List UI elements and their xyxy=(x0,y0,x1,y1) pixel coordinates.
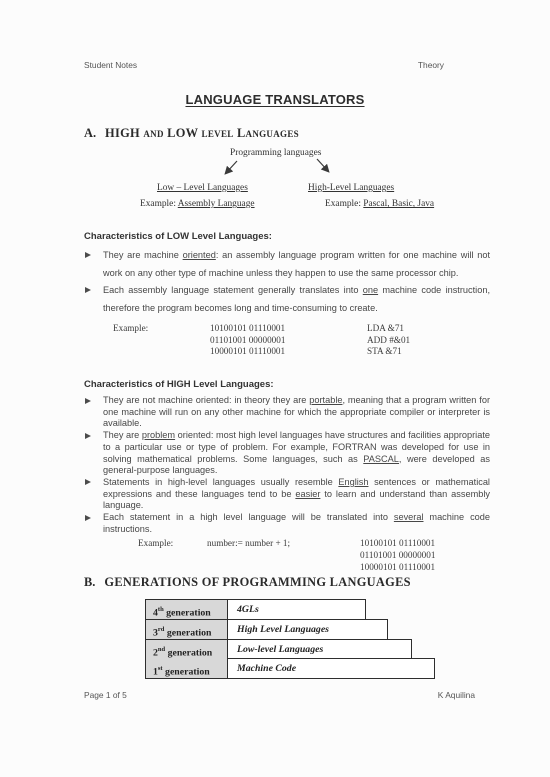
header-right-text: Theory xyxy=(418,60,444,70)
machine-code-value: 10000101 01110001 xyxy=(360,562,490,574)
list-item: Each assembly language statement general… xyxy=(84,282,490,317)
table-row: 2nd generation Low-level Languages xyxy=(145,639,412,660)
footer-page-number: Page 1 of 5 xyxy=(84,690,127,700)
generation-value: High Level Languages xyxy=(228,620,329,639)
code-example-row: 10000101 01110001 xyxy=(84,562,490,574)
bullet-text: They are problem oriented: most high lev… xyxy=(103,430,490,475)
list-item: They are machine oriented: an assembly l… xyxy=(84,247,490,282)
low-level-code-example: Example: 10100101 01110001 LDA &71 01101… xyxy=(84,323,490,358)
arrow-down-right-icon xyxy=(314,157,336,177)
generation-label: 2nd generation xyxy=(146,640,228,659)
diagram-root-label: Programming languages xyxy=(230,148,321,158)
page-footer: Page 1 of 5 K Aquilina xyxy=(84,690,475,700)
section-b-heading: B.GENERATIONS OF PROGRAMMING LANGUAGES xyxy=(84,575,411,590)
list-item: They are not machine oriented: in theory… xyxy=(84,395,490,430)
section-b-prefix: B. xyxy=(84,575,95,590)
list-item: They are problem oriented: most high lev… xyxy=(84,430,490,477)
bullet-text: Each assembly language statement general… xyxy=(103,285,490,313)
high-characteristics-heading: Characteristics of HIGH Level Languages: xyxy=(84,379,490,390)
table-row: 4th generation 4GLs xyxy=(145,599,366,620)
machine-code-value: 10000101 01110001 xyxy=(210,346,367,358)
low-characteristics-heading: Characteristics of LOW Level Languages: xyxy=(84,231,490,242)
list-item: Statements in high-level languages usual… xyxy=(84,477,490,512)
code-example-row: Example: number:= number + 1; 10100101 0… xyxy=(84,538,490,550)
code-example-row: 01101001 00000001 ADD #&01 xyxy=(84,335,490,347)
generation-value: 4GLs xyxy=(228,600,259,619)
footer-author: K Aquilina xyxy=(438,690,475,700)
example-label: Example: xyxy=(325,199,363,209)
high-level-example-value: Pascal, Basic, Java xyxy=(363,199,434,209)
code-example-row: Example: 10100101 01110001 LDA &71 xyxy=(84,323,490,335)
generation-value: Machine Code xyxy=(228,659,296,678)
table-row: 3rd generation High Level Languages xyxy=(145,619,388,640)
high-level-code-example: Example: number:= number + 1; 10100101 0… xyxy=(84,538,490,573)
high-characteristics-list: They are not machine oriented: in theory… xyxy=(84,395,490,535)
generation-value: Low-level Languages xyxy=(228,640,323,659)
low-level-characteristics-section: Characteristics of LOW Level Languages: … xyxy=(84,231,490,358)
high-level-example-line: Example: Pascal, Basic, Java xyxy=(325,199,434,209)
low-level-example-value: Assembly Language xyxy=(178,199,255,209)
code-example-row: 10000101 01110001 STA &71 xyxy=(84,346,490,358)
page-header: Student Notes Theory xyxy=(84,60,444,70)
arrow-down-left-icon xyxy=(220,159,240,179)
bullet-text: They are machine oriented: an assembly l… xyxy=(103,250,490,278)
bullet-arrow-icon xyxy=(85,433,91,439)
machine-code-value: 10100101 01110001 xyxy=(360,538,490,550)
bullet-arrow-icon xyxy=(85,252,91,258)
header-left-text: Student Notes xyxy=(84,60,137,70)
assembly-value: STA &71 xyxy=(367,346,490,358)
example-label: Example: xyxy=(138,538,207,550)
high-level-characteristics-section: Characteristics of HIGH Level Languages:… xyxy=(84,379,490,573)
bullet-text: They are not machine oriented: in theory… xyxy=(103,395,490,428)
low-characteristics-list: They are machine oriented: an assembly l… xyxy=(84,247,490,317)
section-a-heading: A.HIGH and LOW level Languages xyxy=(84,126,299,141)
generation-label: 3rd generation xyxy=(146,620,228,639)
section-a-title: HIGH and LOW level Languages xyxy=(105,126,299,140)
assembly-value: LDA &71 xyxy=(367,323,490,335)
section-a-prefix: A. xyxy=(84,126,96,141)
section-b-title: GENERATIONS OF PROGRAMMING LANGUAGES xyxy=(104,575,410,589)
example-label: Example: xyxy=(140,199,178,209)
generation-label: 1st generation xyxy=(146,659,228,678)
generation-label: 4th generation xyxy=(146,600,228,619)
bullet-arrow-icon xyxy=(85,398,91,404)
low-level-branch-title: Low – Level Languages xyxy=(157,183,248,193)
code-example-row: 01101001 00000001 xyxy=(84,550,490,562)
bullet-text: Statements in high-level languages usual… xyxy=(103,477,490,510)
bullet-arrow-icon xyxy=(85,515,91,521)
bullet-arrow-icon xyxy=(85,287,91,293)
generations-table: 4th generation 4GLs 3rd generation High … xyxy=(145,599,435,679)
example-label: Example: xyxy=(113,323,210,335)
table-row: 1st generation Machine Code xyxy=(145,658,435,679)
assembly-value: ADD #&01 xyxy=(367,335,490,347)
source-code-value: number:= number + 1; xyxy=(207,538,360,550)
machine-code-value: 01101001 00000001 xyxy=(210,335,367,347)
document-page: Student Notes Theory LANGUAGE TRANSLATOR… xyxy=(0,0,550,777)
document-title: LANGUAGE TRANSLATORS xyxy=(0,92,550,107)
high-level-branch-title: High-Level Languages xyxy=(308,183,394,193)
languages-diagram: Programming languages Low – Level Langua… xyxy=(84,146,490,216)
bullet-arrow-icon xyxy=(85,479,91,485)
machine-code-value: 10100101 01110001 xyxy=(210,323,367,335)
bullet-text: Each statement in a high level language … xyxy=(103,512,490,534)
machine-code-value: 01101001 00000001 xyxy=(360,550,490,562)
list-item: Each statement in a high level language … xyxy=(84,512,490,535)
low-level-example-line: Example: Assembly Language xyxy=(140,199,255,209)
